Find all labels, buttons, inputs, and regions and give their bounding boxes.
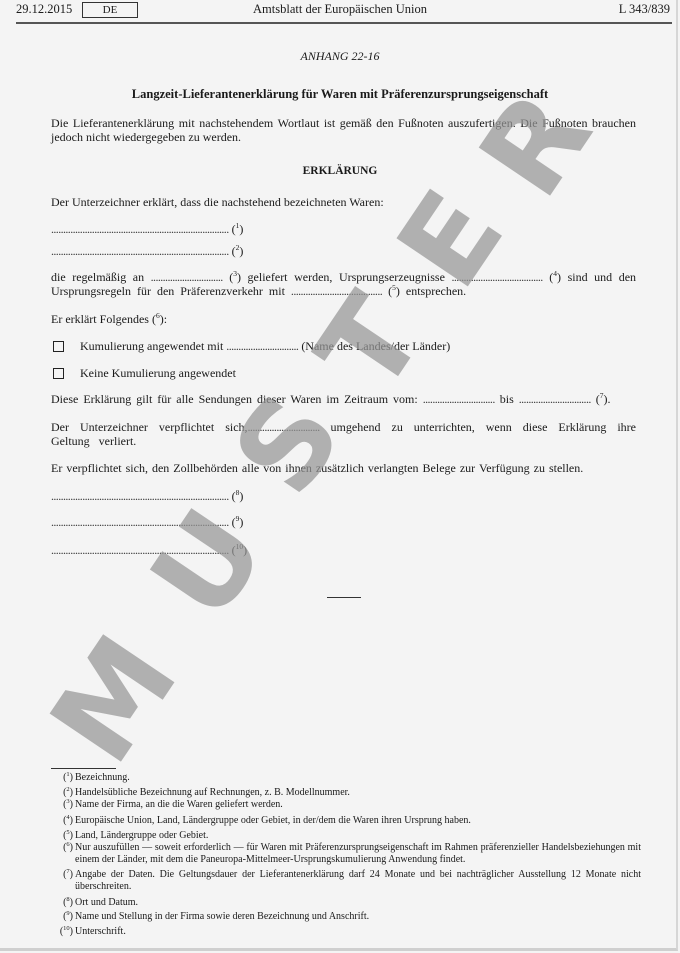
- footnote-number: (8): [51, 897, 73, 909]
- header-rule: [16, 22, 672, 24]
- supply-paragraph: die regelmäßig an ......................…: [51, 270, 636, 298]
- place-date-field[interactable]: ........................................…: [51, 489, 243, 503]
- goods-field-1[interactable]: ........................................…: [51, 222, 243, 236]
- notify-party-field[interactable]: ..............................: [248, 420, 320, 434]
- footnote-number: (3): [51, 799, 73, 811]
- cumulation-applied-option: Kumulierung angewendet mit .............…: [80, 339, 450, 353]
- origin-field[interactable]: ......................................: [452, 270, 543, 284]
- footnote-number: (9): [51, 911, 73, 923]
- preference-country-field[interactable]: ......................................: [291, 284, 382, 298]
- footnote-text: Name und Stellung in der Firma sowie der…: [75, 911, 641, 923]
- page-reference: L 343/839: [619, 2, 670, 17]
- section-separator: [327, 597, 361, 598]
- footnote-text: Angabe der Daten. Die Geltungsdauer der …: [75, 869, 641, 893]
- document-title: Langzeit-Lieferantenerklärung für Waren …: [0, 87, 680, 101]
- valid-from-field[interactable]: ..............................: [423, 392, 495, 406]
- footnote-ref: 2: [236, 243, 240, 252]
- recipient-field[interactable]: ..............................: [151, 270, 223, 284]
- annex-label: ANHANG 22-16: [0, 49, 680, 63]
- footnote-text: Ort und Datum.: [75, 897, 641, 909]
- footnote-text: Land, Ländergruppe oder Gebiet.: [75, 830, 641, 842]
- footnote-text: Europäische Union, Land, Ländergruppe od…: [75, 815, 641, 827]
- journal-header: 29.12.2015 DE Amtsblatt der Europäischen…: [0, 2, 680, 20]
- no-cumulation-checkbox[interactable]: [53, 368, 64, 379]
- footnote-text: Bezeichnung.: [75, 772, 641, 784]
- name-position-field[interactable]: ........................................…: [51, 515, 243, 529]
- intro-paragraph: Die Lieferantenerklärung mit nachstehend…: [51, 116, 636, 144]
- footnote-text: Unterschrift.: [75, 926, 641, 938]
- signature-field[interactable]: ........................................…: [51, 543, 247, 557]
- obligation-paragraph-1: Der Unterzeichner verpflichtet sich,....…: [51, 420, 636, 448]
- declares-following: Er erklärt Folgendes (6):: [51, 312, 167, 326]
- section-heading: ERKLÄRUNG: [0, 164, 680, 178]
- obligation-paragraph-2: Er verpflichtet sich, den Zollbehörden a…: [51, 461, 583, 475]
- footnote-number: (7): [51, 869, 73, 881]
- cumulation-country-field[interactable]: ..............................: [226, 339, 298, 353]
- cumulation-applied-checkbox[interactable]: [53, 341, 64, 352]
- footnote-text: Name der Firma, an die die Waren geliefe…: [75, 799, 641, 811]
- fill-line: ........................................…: [51, 222, 229, 236]
- footnote-ref: 1: [236, 221, 240, 230]
- footnote-rule: [51, 768, 116, 769]
- footnote-number: (1): [51, 772, 73, 784]
- journal-title: Amtsblatt der Europäischen Union: [0, 2, 680, 17]
- footnote-number: (6): [51, 842, 73, 854]
- footnote-text: Nur auszufüllen — soweit erforderlich — …: [75, 842, 641, 866]
- footnote-number: (4): [51, 815, 73, 827]
- declaration-intro: Der Unterzeichner erklärt, dass die nach…: [51, 195, 384, 209]
- no-cumulation-option: Keine Kumulierung angewendet: [80, 366, 236, 380]
- footnote-text: Handelsübliche Bezeichnung auf Rechnunge…: [75, 787, 641, 799]
- validity-paragraph: Diese Erklärung gilt für alle Sendungen …: [51, 392, 611, 406]
- valid-until-field[interactable]: ..............................: [519, 392, 591, 406]
- fill-line: ........................................…: [51, 244, 229, 258]
- goods-field-2[interactable]: ........................................…: [51, 244, 243, 258]
- footnote-number: (10): [51, 926, 73, 938]
